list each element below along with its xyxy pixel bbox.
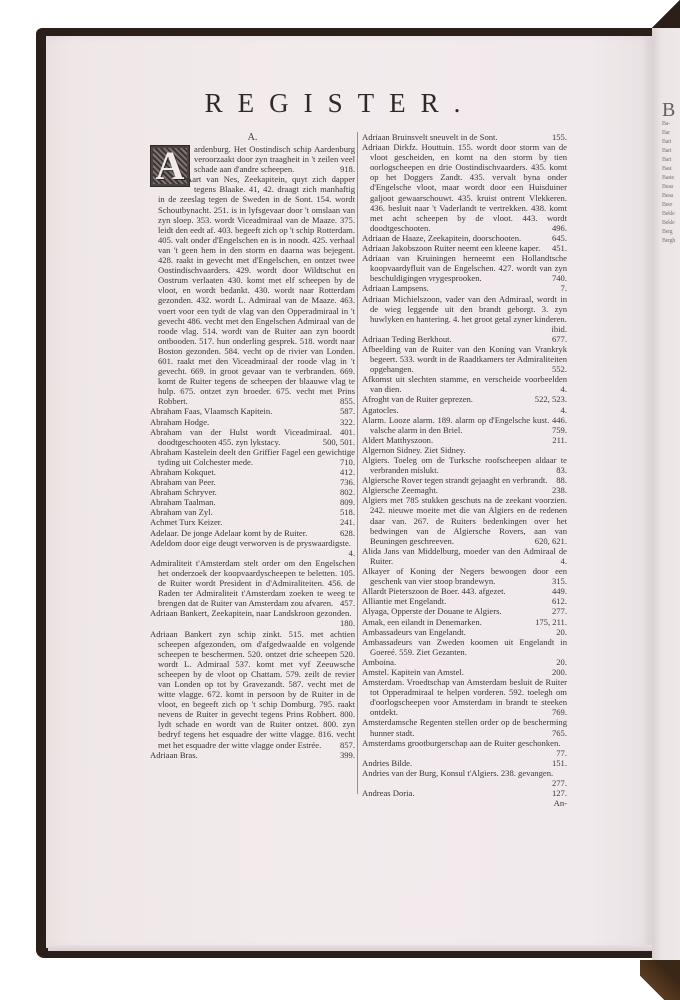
page-reference: 4.: [557, 384, 567, 394]
entry-text: Ambassadeurs van Engelandt.: [362, 627, 466, 637]
index-entry: Adriaan van Kruiningen herneemt een Holl…: [362, 253, 567, 283]
page-reference: ibid.: [547, 324, 567, 334]
entry-text: Abraham van Zyl.: [150, 507, 213, 517]
index-entry: Alliantie met Engelandt.612.: [362, 596, 567, 606]
facing-line: Bari: [662, 138, 680, 147]
column-divider: [357, 132, 358, 794]
index-entry: Adeldom door eige deugt verworven is de …: [150, 538, 355, 558]
entry-text: Alarm. Looze alarm. 189. alarm op d'Enge…: [362, 415, 567, 435]
index-entry: Agatocles.4.: [362, 405, 567, 415]
index-entry: Amsterdamsche Regenten stellen order op …: [362, 717, 567, 737]
entry-text: Alida Jans van Middelburg, moeder van de…: [362, 546, 567, 566]
page-reference: 918.: [340, 164, 355, 174]
entry-text: Abraham van Peer.: [150, 477, 216, 487]
page-reference: 620, 621.: [531, 536, 567, 546]
entry-text: Abraham Kokquet.: [150, 467, 216, 477]
index-entry: Andreas Doria.127.: [362, 788, 567, 798]
index-entry: Afkomst uit slechten stamme, en verschei…: [362, 374, 567, 394]
page-reference: 765.: [548, 728, 567, 738]
entry-text: Andries Bilde.: [362, 758, 412, 768]
index-entry: Abraham Taalman.809.: [150, 497, 355, 507]
page-reference: 451.: [548, 243, 567, 253]
entry-text: Admiraliteit t'Amsterdam stelt order om …: [150, 558, 355, 608]
entry-text: Amsterdam. Vroedtschap van Amsterdam bes…: [362, 677, 567, 717]
entry-text: Achmet Turx Keizer.: [150, 517, 222, 527]
index-entry: Adriaan Teding Berkhout.677.: [362, 334, 567, 344]
page-reference: 645.: [548, 233, 567, 243]
entry-text: Aldert Matthyszoon.: [362, 435, 433, 445]
facing-page-text: B Ba-BarBariBartBartBastBasteBeauBeauBee…: [662, 100, 680, 820]
page-reference: 20.: [552, 627, 567, 637]
entry-text: Agatocles.: [362, 405, 399, 415]
page-reference: 518.: [336, 507, 355, 517]
page-reference: 857.: [336, 740, 355, 750]
catchword: An-: [362, 798, 567, 808]
entry-text: Afroght van de Ruiter geprezen.: [362, 394, 473, 404]
entry-text: Algernon Sidney. Ziet Sidney.: [362, 445, 466, 455]
facing-line: Beau: [662, 183, 680, 192]
index-entry: Afroght van de Ruiter geprezen.522, 523.: [362, 394, 567, 404]
index-entry: Amsterdams grootburgerschap aan de Ruite…: [362, 738, 567, 758]
entry-text: Alkayer of Koning der Negers bewoogen do…: [362, 566, 567, 586]
page-reference: 855.: [336, 396, 355, 406]
page-reference: 83.: [552, 465, 567, 475]
page-reference: 211.: [548, 435, 567, 445]
page-reference: 7.: [557, 283, 567, 293]
entry-text: Amsterdamsche Regenten stellen order op …: [362, 717, 567, 737]
page-reference: 175, 211.: [531, 617, 567, 627]
entry-text: Adriaan Dirkfz. Houttuin. 155. wordt doo…: [362, 142, 567, 233]
entry-text: Adriaan van Kruiningen herneemt een Holl…: [362, 253, 567, 283]
index-entry: Alarm. Looze alarm. 189. alarm op d'Enge…: [362, 415, 567, 435]
facing-line: Bast: [662, 165, 680, 174]
entry-text: Andries van der Burg, Konsul t'Algiers. …: [362, 768, 553, 778]
page-reference: 759.: [548, 425, 567, 435]
index-entry: Abraham van der Hulst wordt Viceadmiraal…: [150, 427, 355, 447]
index-entry: Andries van der Burg, Konsul t'Algiers. …: [362, 768, 567, 788]
facing-line: Beau: [662, 192, 680, 201]
page-reference: 809.: [336, 497, 355, 507]
page-reference: 4.: [557, 405, 567, 415]
index-entry: Afbeelding van de Ruiter van den Koning …: [362, 344, 567, 374]
entry-text: Algiersche Rover tegen strandt gejaaght …: [362, 475, 547, 485]
page-reference: 180.: [336, 618, 355, 628]
page-reference: 241.: [336, 517, 355, 527]
page-reference: 77.: [552, 748, 567, 758]
index-entry: Alida Jans van Middelburg, moeder van de…: [362, 546, 567, 566]
index-entry: Adriaan Michielszoon, vader van den Admi…: [362, 294, 567, 334]
index-entry: Aart van Nes, Zeekapitein, quyt zich dap…: [150, 174, 355, 406]
entry-text: Adelaar. De jonge Adelaar komt by de Rui…: [150, 528, 307, 538]
entry-text: Adriaan Michielszoon, vader van den Admi…: [362, 294, 567, 324]
entry-text: Adriaan de Haaze, Zeekapitein, doorschoo…: [362, 233, 521, 243]
facing-line: Bergh: [662, 237, 680, 246]
index-entry: Abraham Hodge.322.: [150, 417, 355, 427]
page-reference: 277.: [548, 778, 567, 788]
index-entry: Algiers. Toeleg om de Turksche roofschee…: [362, 455, 567, 475]
entry-text: Adeldom door eige deugt verworven is de …: [150, 538, 351, 548]
index-entry: Algiers met 785 stukken geschuts na de z…: [362, 495, 567, 545]
index-entry: Adelaar. De jonge Adelaar komt by de Rui…: [150, 528, 355, 538]
page-reference: 736.: [336, 477, 355, 487]
entry-text: Adriaan Bankert zyn schip zinkt. 515. me…: [150, 629, 355, 750]
page-reference: 612.: [548, 596, 567, 606]
page-reference: 769.: [548, 707, 567, 717]
index-entry: Amstel. Kapitein van Amstel.200.: [362, 667, 567, 677]
entry-text: Adriaan Teding Berkhout.: [362, 334, 452, 344]
page-reference: 127.: [548, 788, 567, 798]
page-reference: 322.: [336, 417, 355, 427]
index-entry: Aldert Matthyszoon.211.: [362, 435, 567, 445]
index-columns: A. A ardenburg. Het Oostindisch schip Aa…: [150, 132, 570, 792]
index-entry: Achmet Turx Keizer.241.: [150, 517, 355, 527]
entry-text: Afkomst uit slechten stamme, en verschei…: [362, 374, 567, 394]
facing-line: Berg: [662, 228, 680, 237]
page-reference: 522, 523.: [531, 394, 567, 404]
index-entry: Ambassadeurs van Engelandt.20.: [362, 627, 567, 637]
index-entry: Adriaan Bankert, Zeekapitein, naar Lands…: [150, 608, 355, 628]
page-reference: 155.: [548, 132, 567, 142]
page-reference: 677.: [548, 334, 567, 344]
index-entry: Algernon Sidney. Ziet Sidney.: [362, 445, 567, 455]
entry-text: Allardt Pieterszoon de Boer. 443. afgeze…: [362, 586, 506, 596]
page-reference: 399.: [336, 750, 355, 760]
entry-text: Adriaan Jakobszoon Ruiter neemt een klee…: [362, 243, 540, 253]
entry-text: Aart van Nes, Zeekapitein, quyt zich dap…: [158, 174, 355, 406]
facing-line: Bar: [662, 129, 680, 138]
right-column: Adriaan Bruinsvelt sneuvelt in de Sont.1…: [362, 132, 567, 808]
page-reference: 315.: [548, 576, 567, 586]
entry-text: ardenburg. Het Oostindisch schip Aardenb…: [194, 144, 355, 174]
entry-text: Adriaan Bras.: [150, 750, 198, 760]
index-entry: Adriaan Dirkfz. Houttuin. 155. wordt doo…: [362, 142, 567, 233]
facing-line: Baste: [662, 174, 680, 183]
entry-text: Afbeelding van de Ruiter van den Koning …: [362, 344, 567, 374]
index-entry: Adriaan Lampsens.7.: [362, 283, 567, 293]
facing-line: Bekle: [662, 210, 680, 219]
page-reference: 802.: [336, 487, 355, 497]
page-reference: 628.: [336, 528, 355, 538]
facing-line: Bart: [662, 156, 680, 165]
entry-text: Andreas Doria.: [362, 788, 415, 798]
entry-text: Amak, een eilandt in Denemarken.: [362, 617, 482, 627]
left-column: A. A ardenburg. Het Oostindisch schip Aa…: [150, 132, 355, 760]
entry-text: Ambassadeurs van Zweden koomen uit Engel…: [362, 637, 567, 657]
page-reference: 238.: [548, 485, 567, 495]
index-entry: Alkayer of Koning der Negers bewoogen do…: [362, 566, 567, 586]
index-entry: Algiersche Rover tegen strandt gejaaght …: [362, 475, 567, 485]
entry-text: Abraham Taalman.: [150, 497, 216, 507]
page-reference: 4.: [557, 556, 567, 566]
index-entry: Adriaan Bruinsvelt sneuvelt in de Sont.1…: [362, 132, 567, 142]
page-reference: 20.: [552, 657, 567, 667]
index-entry: Alyaga, Opperste der Douane te Algiers.2…: [362, 606, 567, 616]
index-entry: Abraham Kastelein deelt den Griffier Fag…: [150, 447, 355, 467]
page-reference: 496.: [548, 223, 567, 233]
entry-text: Abraham Schryver.: [150, 487, 217, 497]
entry-text: Algiers. Toeleg om de Turksche roofschee…: [362, 455, 567, 475]
page-reference: 457.: [336, 598, 355, 608]
page-reference: 412.: [336, 467, 355, 477]
entry-text: Abraham Hodge.: [150, 417, 209, 427]
entry-text: Abraham Kastelein deelt den Griffier Fag…: [150, 447, 355, 467]
entry-text: Algiersche Zeemaght.: [362, 485, 438, 495]
page-reference: 710.: [336, 457, 355, 467]
index-entry: Amsterdam. Vroedtschap van Amsterdam bes…: [362, 677, 567, 717]
index-entry: Adriaan de Haaze, Zeekapitein, doorschoo…: [362, 233, 567, 243]
index-entry: Abraham Faas, Vlaamsch Kapitein.587.: [150, 406, 355, 416]
page-reference: 88.: [552, 475, 567, 485]
index-entry: Ambassadeurs van Zweden koomen uit Engel…: [362, 637, 567, 657]
entry-text: Amsterdams grootburgerschap aan de Ruite…: [362, 738, 560, 748]
page-reference: 587.: [336, 406, 355, 416]
page-reference: 552.: [548, 364, 567, 374]
page-reference: 740.: [548, 273, 567, 283]
entry-text: Abraham Faas, Vlaamsch Kapitein.: [150, 406, 272, 416]
facing-line: Beer: [662, 201, 680, 210]
page-edge: [48, 945, 652, 951]
index-entry: Algiersche Zeemaght.238.: [362, 485, 567, 495]
index-entry: Admiraliteit t'Amsterdam stelt order om …: [150, 558, 355, 608]
index-entry: Abraham van Zyl.518.: [150, 507, 355, 517]
page-reference: 277.: [548, 606, 567, 616]
index-entry: Abraham Schryver.802.: [150, 487, 355, 497]
index-entry: Allardt Pieterszoon de Boer. 443. afgeze…: [362, 586, 567, 596]
page-reference: 200.: [548, 667, 567, 677]
page-reference: 500, 501.: [319, 437, 355, 447]
book-corner-bottom: [640, 960, 680, 1000]
facing-line: Bart: [662, 147, 680, 156]
index-entry: Amboina.20.: [362, 657, 567, 667]
index-entry: Adriaan Jakobszoon Ruiter neemt een klee…: [362, 243, 567, 253]
entry-text: Adriaan Bruinsvelt sneuvelt in de Sont.: [362, 132, 498, 142]
entry-text: Amboina.: [362, 657, 396, 667]
index-entry: Amak, een eilandt in Denemarken.175, 211…: [362, 617, 567, 627]
entry-text: Adriaan Lampsens.: [362, 283, 429, 293]
entry-text: Adriaan Bankert, Zeekapitein, naar Lands…: [150, 608, 351, 618]
page-reference: 449.: [548, 586, 567, 596]
page-reference: 151.: [548, 758, 567, 768]
page-title: REGISTER.: [0, 88, 680, 119]
entry-text: Amstel. Kapitein van Amstel.: [362, 667, 464, 677]
index-entry: Andries Bilde.151.: [362, 758, 567, 768]
entry-text: Alliantie met Engelandt.: [362, 596, 446, 606]
entry-text: Alyaga, Opperste der Douane te Algiers.: [362, 606, 502, 616]
facing-line: Bekle: [662, 219, 680, 228]
index-entry: Abraham Kokquet.412.: [150, 467, 355, 477]
index-entry: Adriaan Bankert zyn schip zinkt. 515. me…: [150, 629, 355, 750]
index-entry: Abraham van Peer.736.: [150, 477, 355, 487]
facing-line: Ba-: [662, 120, 680, 129]
index-entry: Adriaan Bras.399.: [150, 750, 355, 760]
page-reference: 4.: [345, 548, 355, 558]
